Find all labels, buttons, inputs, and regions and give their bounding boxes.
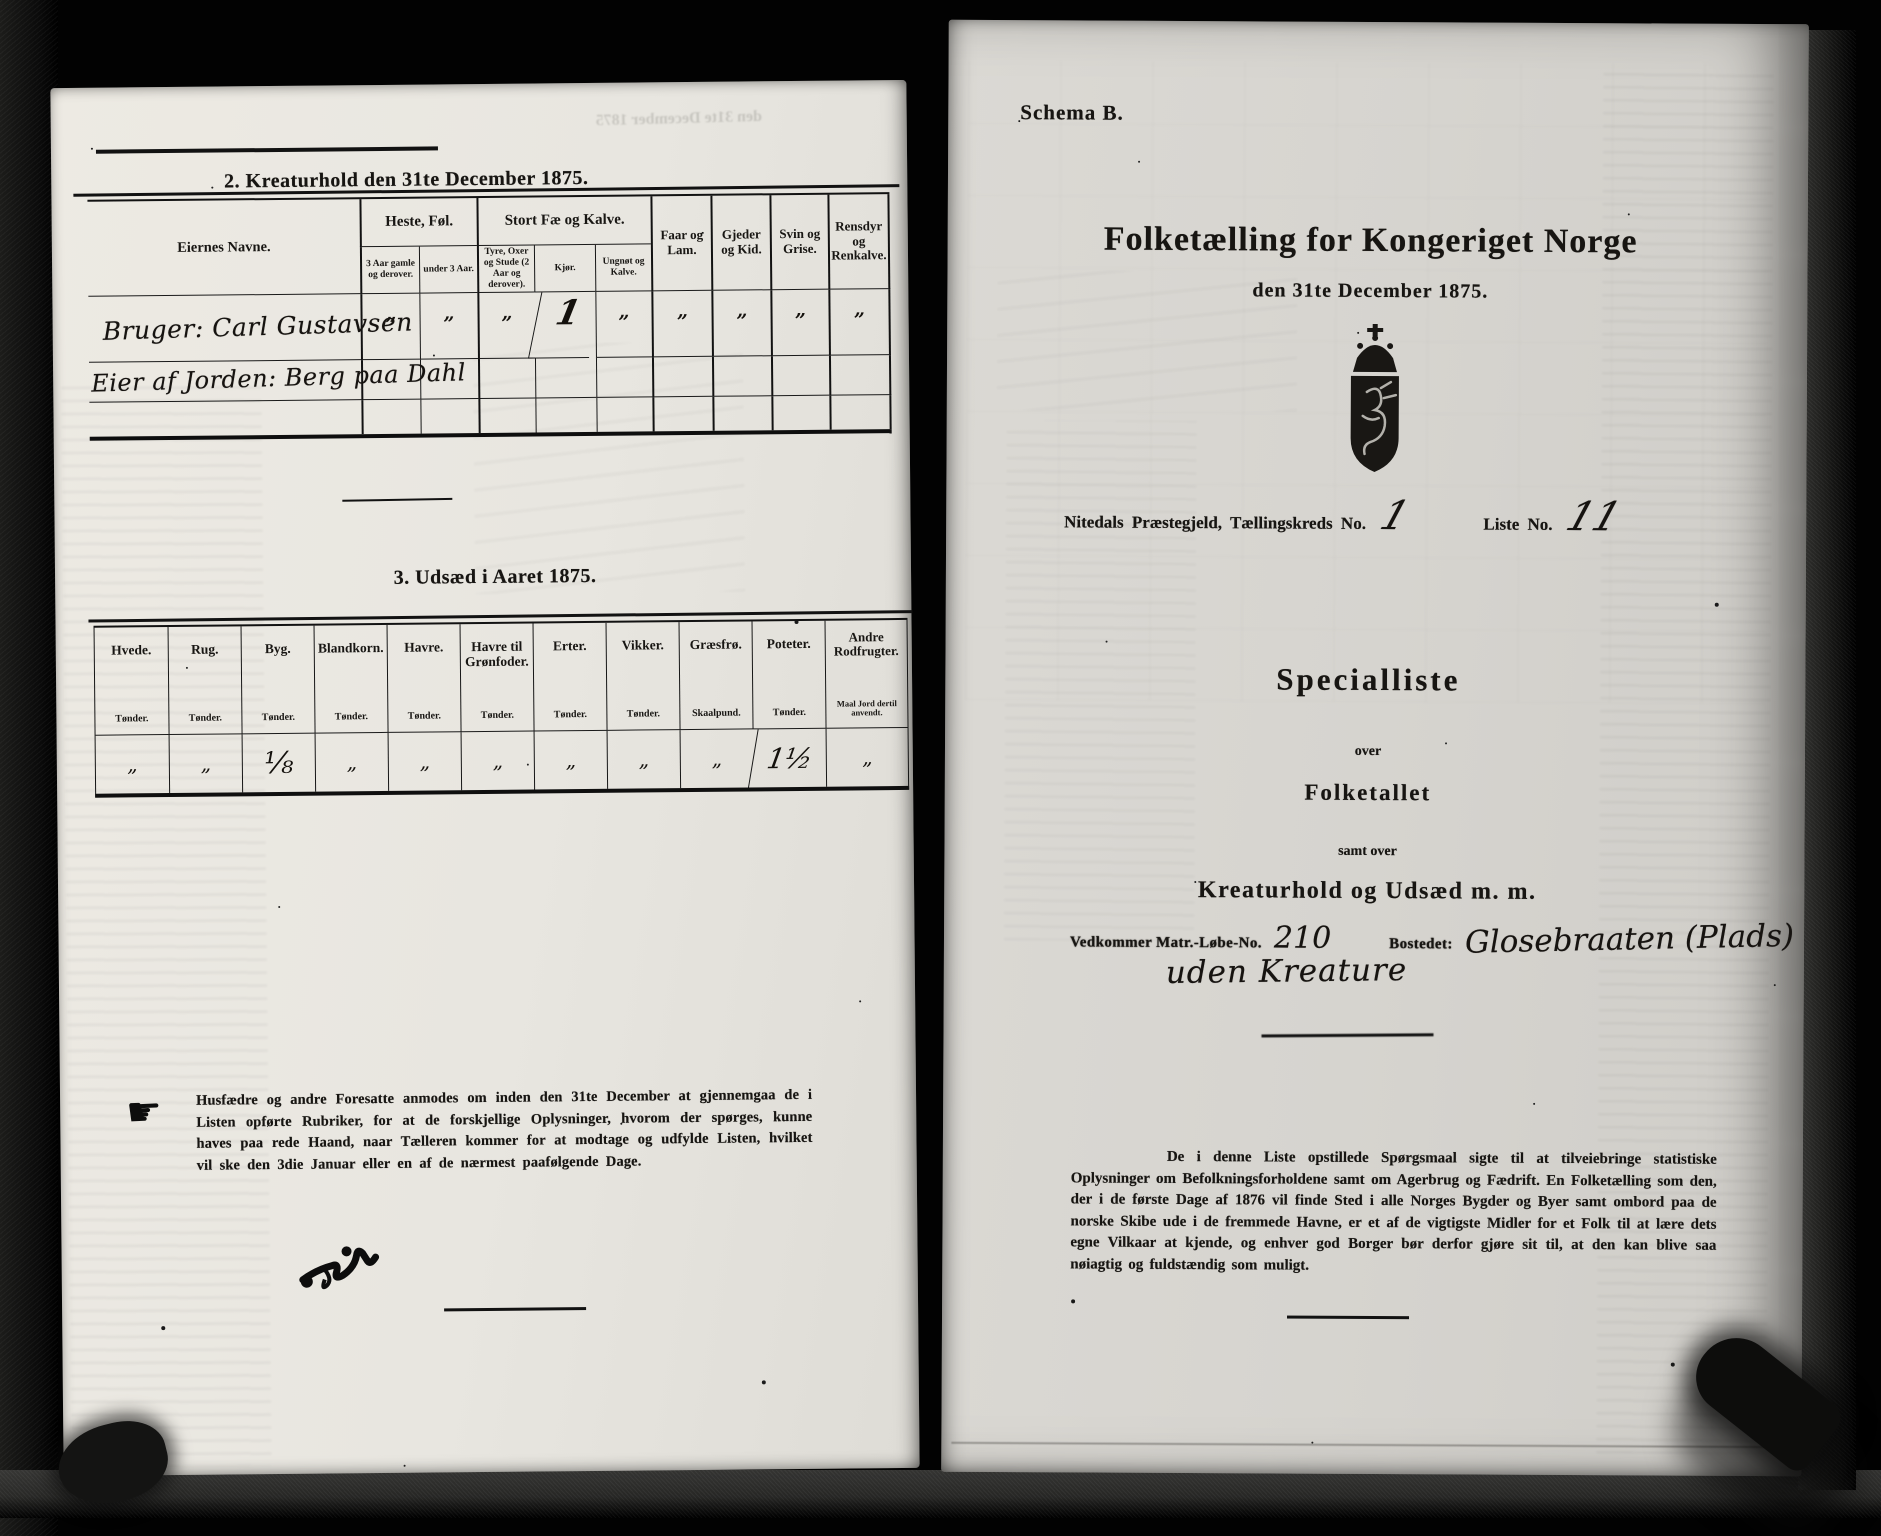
- col-header-ungnoet: Ungnøt og Kalve.: [595, 244, 651, 292]
- empty-cell: [596, 397, 652, 432]
- col-unit: Tønder.: [408, 710, 441, 721]
- col-vikker: Vikker. Tønder.: [606, 622, 680, 731]
- census-date: den 31te December 1875.: [1010, 278, 1730, 305]
- cell-value: „: [534, 731, 608, 790]
- col-header-gjeder: Gjeder og Kid.: [710, 195, 770, 291]
- col-unit: Tønder.: [335, 711, 368, 722]
- col-group-heste: Heste, Føl.: [359, 198, 476, 247]
- cell-value: „: [461, 732, 535, 791]
- district-line: Nitedals Præstegjeld, Tællingskreds No. …: [1064, 512, 1704, 535]
- right-page: Schema B. Folketælling for Kongeriget No…: [941, 20, 1809, 1476]
- empty-cell: [829, 355, 891, 396]
- col-unit: Tønder.: [627, 708, 660, 719]
- cell-value: „: [828, 289, 891, 356]
- empty-cell: [771, 356, 829, 397]
- empty-cell: [89, 400, 361, 437]
- top-rule-fragment: [96, 146, 438, 153]
- bleed-through-left-margin: [61, 376, 271, 1468]
- empty-cell: [420, 399, 478, 434]
- cell-value: „: [419, 293, 478, 360]
- speciallist-samt-over: samt over: [1007, 842, 1727, 862]
- ink-scribble: [294, 1233, 405, 1304]
- section3-title: 3. Udsæd i Aaret 1875.: [115, 562, 875, 592]
- col-name: Andre Rodfrugter.: [828, 630, 905, 659]
- col-name: Erter.: [553, 639, 587, 654]
- scanner-background-bottom: [0, 1470, 1881, 1518]
- cell-value: „: [680, 729, 754, 788]
- speciallist-folketallet: Folketallet: [1008, 778, 1728, 808]
- col-group-stort-fae: Stort Fæ og Kalve.: [476, 196, 650, 246]
- paper-speckles: [91, 148, 93, 150]
- liste-label: Liste No.: [1483, 515, 1552, 535]
- left-page: den 31te December 1875 2. Kreaturhold de…: [50, 80, 919, 1476]
- kreaturhold-table: Eiernes Navne. Heste, Føl. Stort Fæ og K…: [87, 192, 891, 441]
- col-poteter: Poteter. Tønder.: [752, 621, 826, 730]
- col-header-3aar: 3 Aar gamle og derover.: [360, 247, 419, 295]
- bleed-through-title: den 31te December 1875: [595, 108, 762, 130]
- empty-cell: [652, 357, 712, 398]
- cell-value: „: [96, 735, 170, 794]
- col-hvede: Hvede. Tønder.: [95, 627, 169, 736]
- col-unit: Tønder.: [189, 713, 222, 724]
- col-header-svin: Svin og Grise.: [769, 195, 828, 291]
- col-name: Rug.: [191, 643, 219, 658]
- explanatory-paragraph: De i denne Liste opstillede Spørgsmaal s…: [1070, 1146, 1717, 1278]
- col-graesfroe: Græsfrø. Skaalpund.: [679, 621, 753, 730]
- col-rug: Rug. Tønder.: [168, 626, 242, 735]
- district-prefix: Nitedals Præstegjeld, Tællingskreds No.: [1064, 512, 1366, 534]
- col-header-faar: Faar og Lam.: [650, 196, 711, 292]
- speciallist-kreaturhold: Kreaturhold og Udsæd m. m.: [1007, 876, 1727, 907]
- col-unit: Tønder.: [115, 713, 148, 724]
- col-name: Græsfrø.: [690, 638, 742, 653]
- bosted-label: Bostedet:: [1389, 936, 1453, 953]
- empty-cell: [771, 396, 829, 431]
- census-title: Folketælling for Kongeriget Norge: [1011, 220, 1731, 262]
- cell-value: „: [607, 730, 681, 789]
- col-name: Havre til Grønfoder.: [463, 640, 531, 670]
- col-rodfrugter: Andre Rodfrugter. Maal Jord dertil anven…: [825, 620, 908, 729]
- cell-value: „: [388, 732, 462, 791]
- col-name: Poteter.: [767, 637, 811, 652]
- signature-line: [444, 1307, 586, 1311]
- cell-value: „: [770, 290, 829, 357]
- empty-cell: [652, 397, 712, 432]
- handwritten-matr-number: 210: [1274, 920, 1331, 955]
- col-header-rensdyr: Rensdyr og Renkalve.: [827, 194, 890, 290]
- col-header-eiernes-navne: Eiernes Navne.: [87, 199, 360, 297]
- section-divider-line: [342, 498, 452, 502]
- empty-cell: [596, 357, 652, 398]
- speciallist-title: Specialliste: [1008, 660, 1728, 700]
- scanner-background-left: [0, 0, 58, 1536]
- handwritten-bosted: Glosebraaten (Plads): [1464, 918, 1794, 961]
- col-header-under3aar: under 3 Aar.: [419, 246, 477, 294]
- col-unit: Tønder.: [554, 709, 587, 720]
- cell-value: „: [595, 291, 652, 358]
- col-header-tyre: Tyre, Oxer og Stude (2 Aar og derover).: [477, 246, 534, 294]
- col-name: Vikker.: [622, 638, 664, 653]
- handdrawn-divider: [1261, 1033, 1433, 1037]
- footnote-paragraph: Husfædre og andre Foresatte anmodes om i…: [196, 1085, 813, 1177]
- cell-value: „: [477, 293, 535, 360]
- schema-label: Schema B.: [1020, 100, 1124, 126]
- cell-value: „: [315, 733, 389, 792]
- col-havre-groenfoder: Havre til Grønfoder. Tønder.: [460, 624, 534, 733]
- empty-cell: [712, 396, 771, 431]
- col-name: Hvede.: [111, 643, 151, 658]
- col-blandkorn: Blandkorn. Tønder.: [314, 625, 388, 734]
- empty-cell: [535, 358, 596, 399]
- col-unit: Maal Jord dertil anvendt.: [828, 699, 905, 718]
- speciallist-over: over: [1008, 742, 1728, 762]
- empty-cell: [829, 395, 891, 430]
- col-header-kjoer: Kjør.: [534, 245, 595, 293]
- col-unit: Tønder.: [262, 712, 295, 723]
- col-unit: Skaalpund.: [692, 708, 741, 719]
- empty-cell: [535, 398, 596, 433]
- col-name: Byg.: [265, 642, 291, 657]
- col-byg: Byg. Tønder.: [241, 626, 315, 735]
- handwritten-note: uden Kreature: [1166, 952, 1408, 991]
- udsaed-table: Hvede. Tønder. Rug. Tønder. Byg. Tønder.…: [94, 618, 910, 798]
- cell-value-poteter: 1½: [748, 729, 831, 788]
- paper-crease: [951, 1442, 1781, 1448]
- col-havre: Havre. Tønder.: [387, 624, 461, 733]
- norway-coat-of-arms-icon: [1328, 322, 1421, 502]
- col-unit: Tønder.: [773, 707, 806, 718]
- cell-value-byg: ⅛: [242, 734, 316, 793]
- cell-value: „: [651, 291, 712, 358]
- empty-cell: [478, 359, 535, 400]
- empty-cell: [712, 356, 771, 397]
- col-name: Blandkorn.: [318, 641, 384, 656]
- empty-cell: [361, 400, 420, 435]
- cell-value: „: [826, 728, 909, 787]
- cell-value: „: [169, 734, 243, 793]
- col-unit: Tønder.: [481, 710, 514, 721]
- scanned-census-spread: den 31te December 1875 2. Kreaturhold de…: [0, 0, 1881, 1536]
- empty-cell: [478, 398, 535, 433]
- col-name: Havre.: [404, 640, 443, 655]
- vedkommer-label: Vedkommer Matr.-Løbe-No.: [1070, 934, 1262, 952]
- cell-value-kjoer: 1: [528, 292, 602, 359]
- col-erter: Erter. Tønder.: [533, 623, 607, 732]
- cell-value: „: [711, 290, 771, 357]
- manicule-icon: ☛: [125, 1089, 163, 1137]
- bottom-divider: [1287, 1316, 1409, 1320]
